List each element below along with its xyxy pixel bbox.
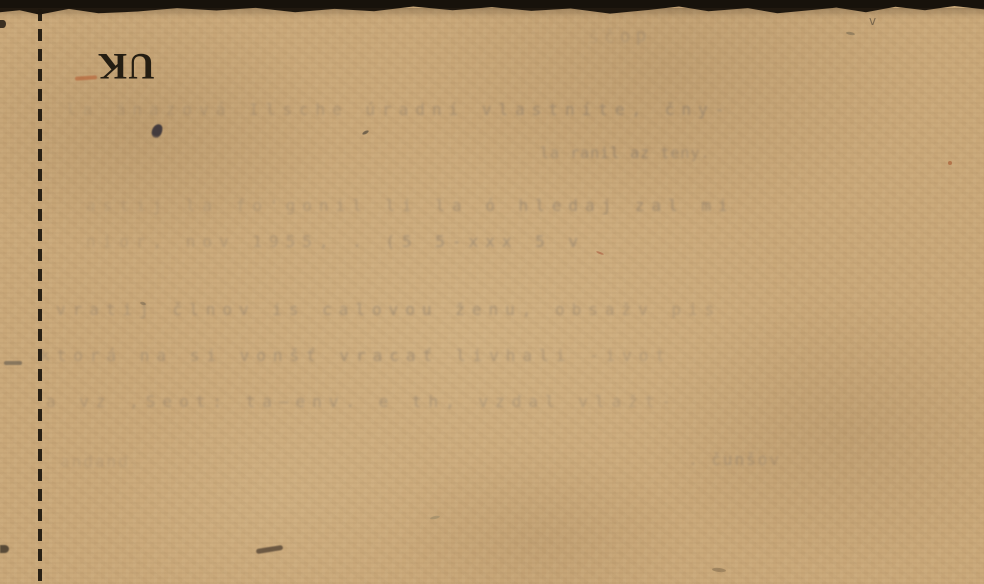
paper-speck — [846, 31, 855, 36]
brown-smudge — [256, 545, 283, 554]
ghost-text-fragment-top: ščop — [588, 25, 652, 48]
ghost-text-line-2: la ranil az teny. — [540, 144, 711, 162]
scan-edge-nub — [0, 545, 9, 553]
paper-speck — [362, 130, 370, 136]
paper-speck — [596, 251, 604, 256]
paper-speck — [948, 161, 952, 165]
ghost-text-line-1: la änazová Ilsche úradní vlastníte, čny- — [66, 100, 731, 119]
paper-speck — [712, 567, 726, 572]
paper-speck — [430, 515, 440, 520]
faint-v-mark: v — [869, 14, 876, 28]
ghost-text-line-7: a vz ,Seot: ta—env. e th, vzdal vlažt- — [46, 392, 678, 411]
ghost-text-line-6: ktorá na si vonšť vracať livhali -ivot — [40, 346, 672, 365]
pencil-dash-left-edge — [4, 361, 22, 365]
orange-ink-smudge — [75, 75, 97, 81]
scanned-document-page: UK ščop la änazová Ilsche úradní vlastní… — [0, 0, 984, 584]
ink-blot — [150, 123, 163, 139]
ghost-text-line-3: astij la fo'gonil li la ó hledaj zal mi — [86, 196, 735, 215]
uk-imprint-rotated: UK — [99, 47, 153, 85]
torn-top-scan-edge — [0, 0, 984, 17]
ghost-text-line-5: vratij člnov is calovou ženu, obsažv pis — [56, 300, 721, 319]
ghost-text-line-8: andand. — [60, 452, 141, 471]
perforation-dashed-line — [38, 9, 42, 584]
ghost-text-line-4: nior, nov 1955, . (5 5-xxx 5 v — [86, 232, 585, 251]
ghost-text-fragment-bottom: . čunšov — [688, 450, 781, 469]
paper-grain-texture — [0, 0, 984, 584]
scan-edge-nub — [0, 20, 6, 28]
